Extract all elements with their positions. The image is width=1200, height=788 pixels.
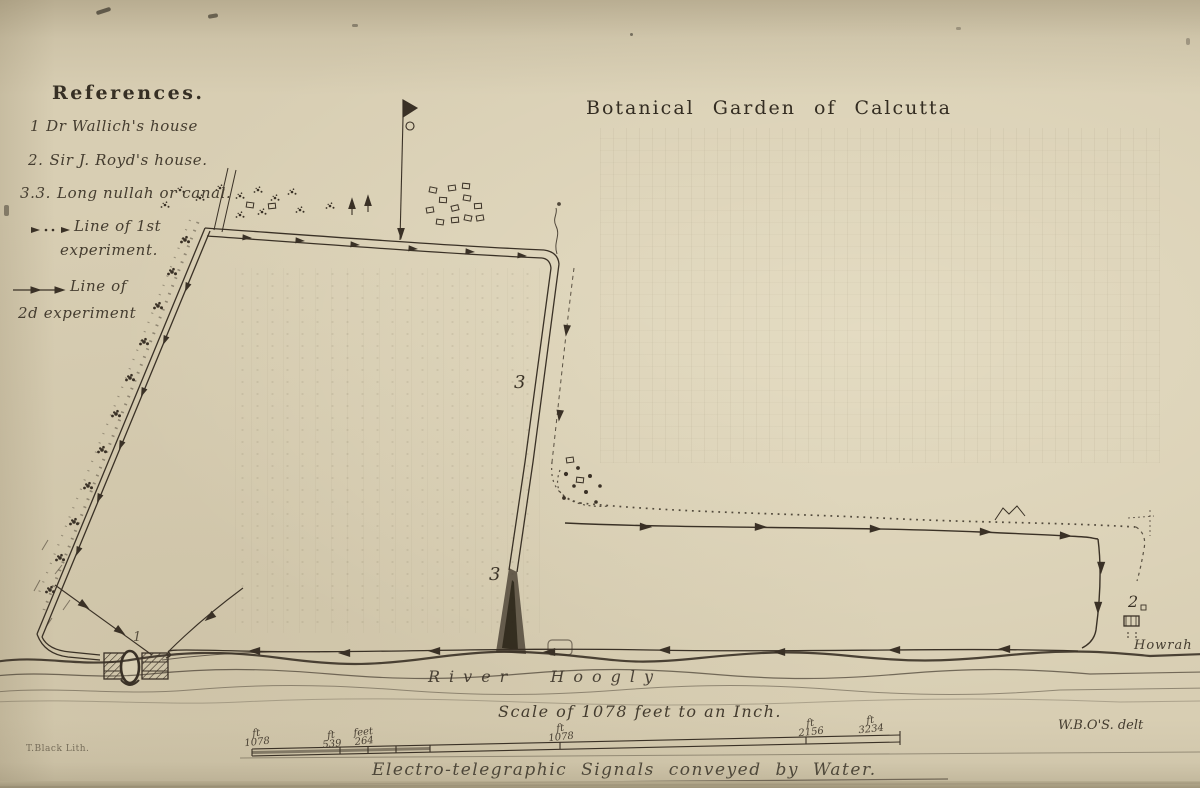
page-edge — [0, 781, 1200, 788]
experiment-line-1 — [552, 268, 1145, 581]
legend-line1-label2: experiment. — [60, 241, 158, 259]
tick-value: 264 — [354, 736, 374, 747]
tick-value: 539 — [322, 739, 342, 750]
reference-item: 1Dr Wallich's house — [30, 117, 198, 135]
river-label: River Hoogly — [428, 667, 662, 686]
experiment-line-2 — [565, 523, 1104, 648]
marker-canal-lower: 3 — [489, 564, 500, 585]
house-connectors — [55, 585, 320, 660]
reference-number: 1 — [30, 117, 40, 135]
scale-tick: ft 2156 — [797, 718, 824, 739]
scale-tick: ft 3234 — [857, 715, 884, 736]
corner-flag — [555, 203, 561, 254]
marker-canal-upper: 3 — [514, 372, 525, 393]
tick-value: 1078 — [548, 732, 574, 744]
legend-line2-label: Line of — [70, 277, 127, 295]
tick-value: 2156 — [798, 727, 824, 739]
reference-number: 2. — [28, 151, 44, 169]
arrow-line-icon — [12, 284, 66, 296]
legend-line2-label2: 2d experiment — [18, 304, 136, 322]
tick-value: 1078 — [244, 737, 270, 749]
scale-caption: Scale of 1078 feet to an Inch. — [498, 702, 782, 721]
delineator-credit: W.B.O'S. delt — [1058, 718, 1143, 733]
lithographer-credit: T.Black Lith. — [26, 744, 89, 754]
dotted-line-icon — [30, 224, 72, 236]
canal-mouth — [496, 568, 526, 654]
east-line-features — [995, 506, 1154, 536]
legend-line1-label: Line of 1st — [74, 217, 161, 235]
reference-label: Long nullah or canal. — [57, 184, 231, 202]
village-cluster-canal — [558, 457, 610, 506]
reference-item: 2.Sir J. Royd's house. — [28, 151, 208, 169]
scale-tick: ft 1078 — [243, 728, 270, 749]
map-sheet: Botanical Garden of Calcutta References.… — [0, 0, 1200, 788]
village-cluster-top — [296, 183, 484, 225]
scale-tick: ft 539 — [321, 730, 342, 750]
references-heading: References. — [52, 82, 205, 104]
scale-tick: feet 264 — [353, 727, 374, 747]
reference-label: Dr Wallich's house — [46, 117, 198, 135]
tick-value: 3234 — [858, 724, 884, 736]
map-title: Botanical Garden of Calcutta — [586, 97, 952, 119]
flagstaff — [349, 100, 417, 240]
reference-number: 3.3. — [20, 184, 51, 202]
marker-wallichs-house: 1 — [133, 630, 141, 645]
reference-item: 3.3.Long nullah or canal. — [20, 184, 231, 202]
scale-tick: ft 1078 — [547, 723, 574, 744]
howrah-label: Howrah — [1134, 638, 1193, 653]
marker-royds-house: 2 — [1128, 592, 1138, 611]
reference-label: Sir J. Royd's house. — [50, 151, 208, 169]
plate-caption: Electro-telegraphic Signals conveyed by … — [372, 760, 877, 780]
boundary-arrows — [73, 234, 527, 557]
